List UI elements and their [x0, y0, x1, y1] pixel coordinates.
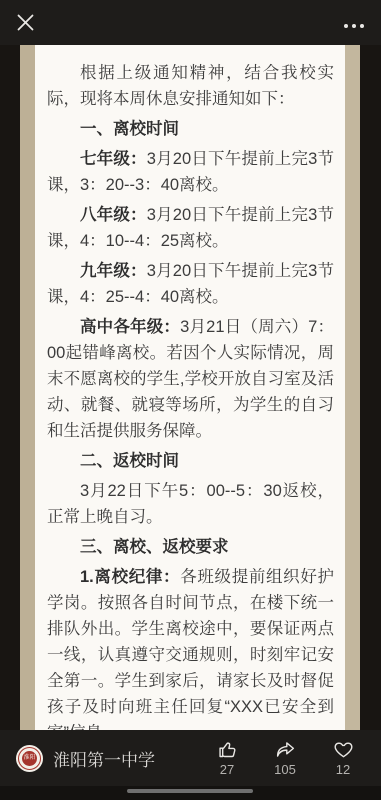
notice-paragraph: 1.离校纪律：各班级提前组织好护学岗。按照各自时间节点，在楼下统一排队外出。学生…	[47, 564, 334, 730]
close-button[interactable]	[13, 10, 38, 35]
account-name: 淮阳第一中学	[53, 746, 155, 771]
share-count: 105	[274, 762, 296, 777]
reaction-actions: 27 105 12	[205, 739, 365, 777]
bottom-bar: 淮阳 淮阳第一中学 27 105 12	[0, 730, 381, 786]
section-heading: 三、离校、返校要求	[47, 534, 334, 560]
section-heading: 一、离校时间	[47, 116, 334, 142]
more-button[interactable]	[340, 14, 368, 32]
close-icon	[17, 14, 34, 31]
top-bar	[0, 0, 381, 45]
notice-paragraph: 高中各年级：3月21日（周六）7：00起错峰离校。若因个人实际情况，周末不愿离校…	[47, 314, 334, 444]
account-link[interactable]: 淮阳 淮阳第一中学	[16, 745, 155, 772]
share-button[interactable]: 105	[263, 739, 307, 777]
notice-paragraph: 3月22日下午5：00--5：30返校，正常上晚自习。	[47, 478, 334, 530]
notice-document: 根据上级通知精神，结合我校实际，现将本周休息安排通知如下： 一、离校时间 七年级…	[35, 45, 345, 730]
thumbs-up-icon	[217, 739, 238, 760]
notice-paragraph: 七年级：3月20日下午提前上完3节课，3：20--3：40离校。	[47, 146, 334, 198]
section-heading: 二、返校时间	[47, 448, 334, 474]
share-icon	[275, 739, 296, 760]
document-viewer[interactable]: 根据上级通知精神，结合我校实际，现将本周休息安排通知如下： 一、离校时间 七年级…	[20, 45, 360, 730]
school-logo-icon: 淮阳	[16, 745, 43, 772]
favorite-count: 12	[336, 762, 350, 777]
home-indicator-handle[interactable]	[127, 789, 253, 793]
notice-paragraph: 根据上级通知精神，结合我校实际，现将本周休息安排通知如下：	[47, 60, 334, 112]
like-count: 27	[220, 762, 234, 777]
favorite-button[interactable]: 12	[321, 739, 365, 777]
heart-icon	[333, 739, 354, 760]
phone-footer	[0, 786, 381, 800]
like-button[interactable]: 27	[205, 739, 249, 777]
notice-paragraph: 八年级：3月20日下午提前上完3节课，4：10--4：25离校。	[47, 202, 334, 254]
notice-paragraph: 九年级：3月20日下午提前上完3节课，4：25--4：40离校。	[47, 258, 334, 310]
more-icon	[344, 18, 364, 28]
